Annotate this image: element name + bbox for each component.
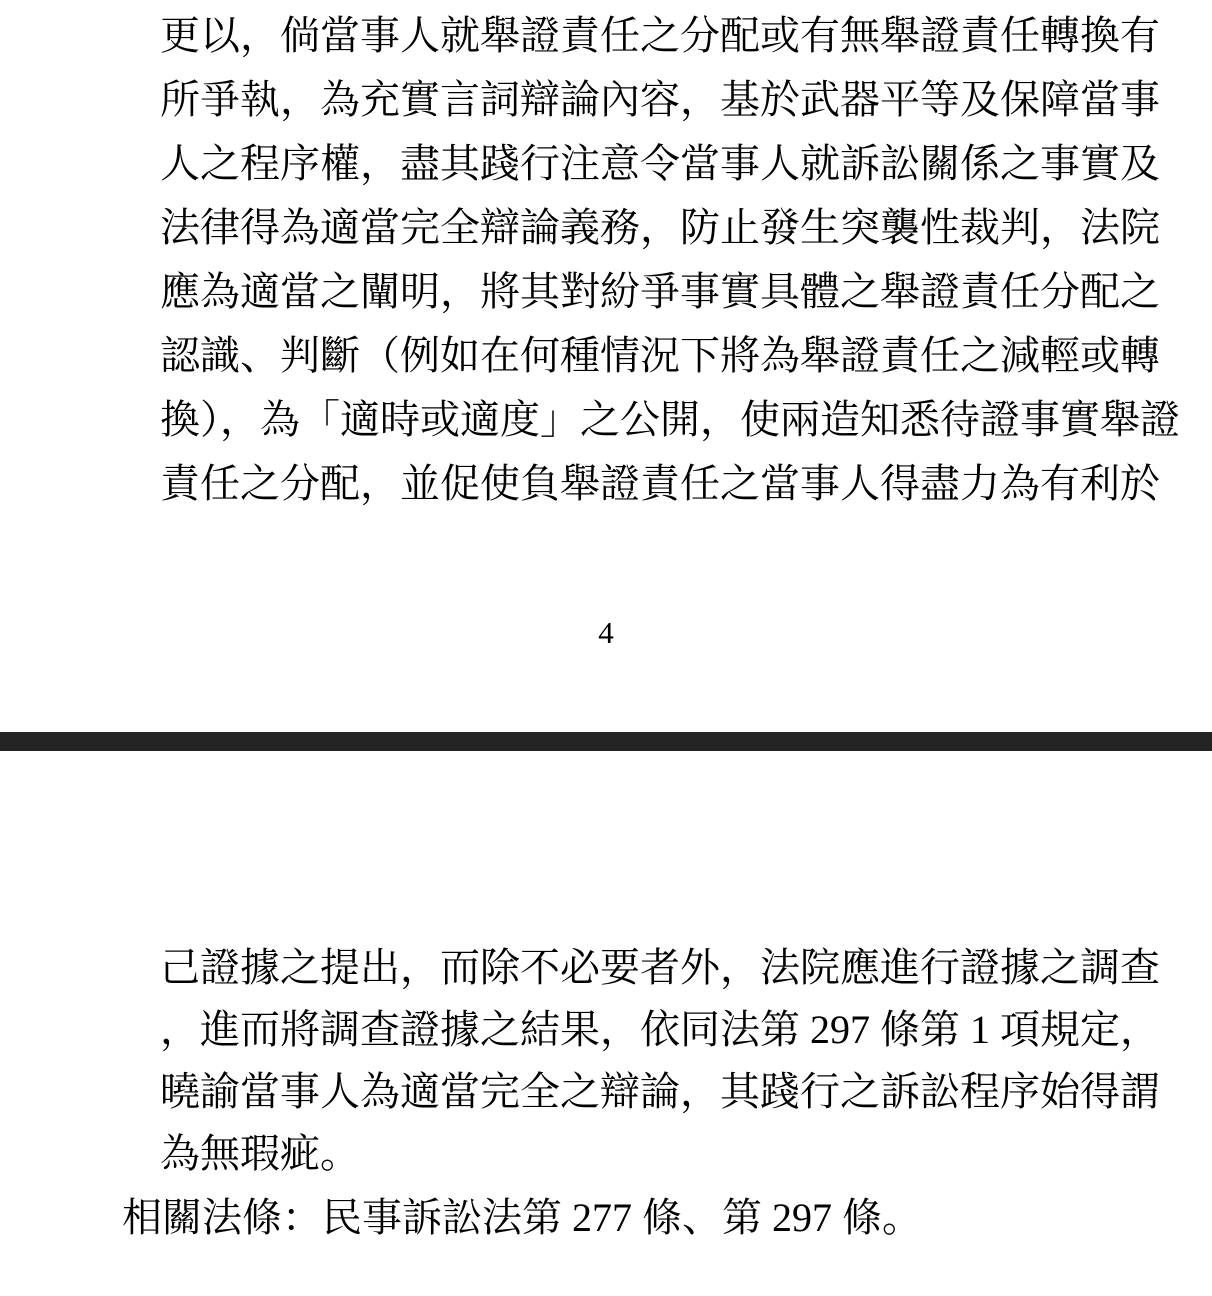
- text-line: 為無瑕疵。: [160, 1123, 1137, 1185]
- text-line: 更以，倘當事人就舉證責任之分配或有無舉證責任轉換有: [160, 4, 1137, 68]
- related-statutes-line: 相關法條：民事訴訟法第 277 條、第 297 條。: [122, 1187, 1142, 1249]
- page-number: 4: [0, 612, 1212, 654]
- text-line: 責任之分配，並促使負舉證責任之當事人得盡力為有利於: [160, 452, 1137, 516]
- text-line: 應為適當之闡明，將其對紛爭事實具體之舉證責任分配之: [160, 260, 1137, 324]
- page-2-text-block: 己證據之提出，而除不必要者外，法院應進行證據之調查 ，進而將調查證據之結果，依同…: [160, 937, 1137, 1185]
- text-line: 曉諭當事人為適當完全之辯論，其踐行之訴訟程序始得謂: [160, 1061, 1137, 1123]
- text-line: 法律得為適當完全辯論義務，防止發生突襲性裁判，法院: [160, 196, 1137, 260]
- page-separator-bar: [0, 732, 1212, 751]
- document-viewer: 更以，倘當事人就舉證責任之分配或有無舉證責任轉換有 所爭執，為充實言詞辯論內容，…: [0, 0, 1212, 1296]
- text-line: 換），為「適時或適度」之公開，使兩造知悉待證事實舉證: [160, 388, 1137, 452]
- page-1-text-block: 更以，倘當事人就舉證責任之分配或有無舉證責任轉換有 所爭執，為充實言詞辯論內容，…: [160, 4, 1137, 516]
- text-line: 己證據之提出，而除不必要者外，法院應進行證據之調查: [160, 937, 1137, 999]
- text-line: ，進而將調查證據之結果，依同法第 297 條第 1 項規定，: [160, 999, 1137, 1061]
- text-line: 認識、判斷（例如在何種情況下將為舉證責任之減輕或轉: [160, 324, 1137, 388]
- text-line: 人之程序權，盡其踐行注意令當事人就訴訟關係之事實及: [160, 132, 1137, 196]
- text-line: 所爭執，為充實言詞辯論內容，基於武器平等及保障當事: [160, 68, 1137, 132]
